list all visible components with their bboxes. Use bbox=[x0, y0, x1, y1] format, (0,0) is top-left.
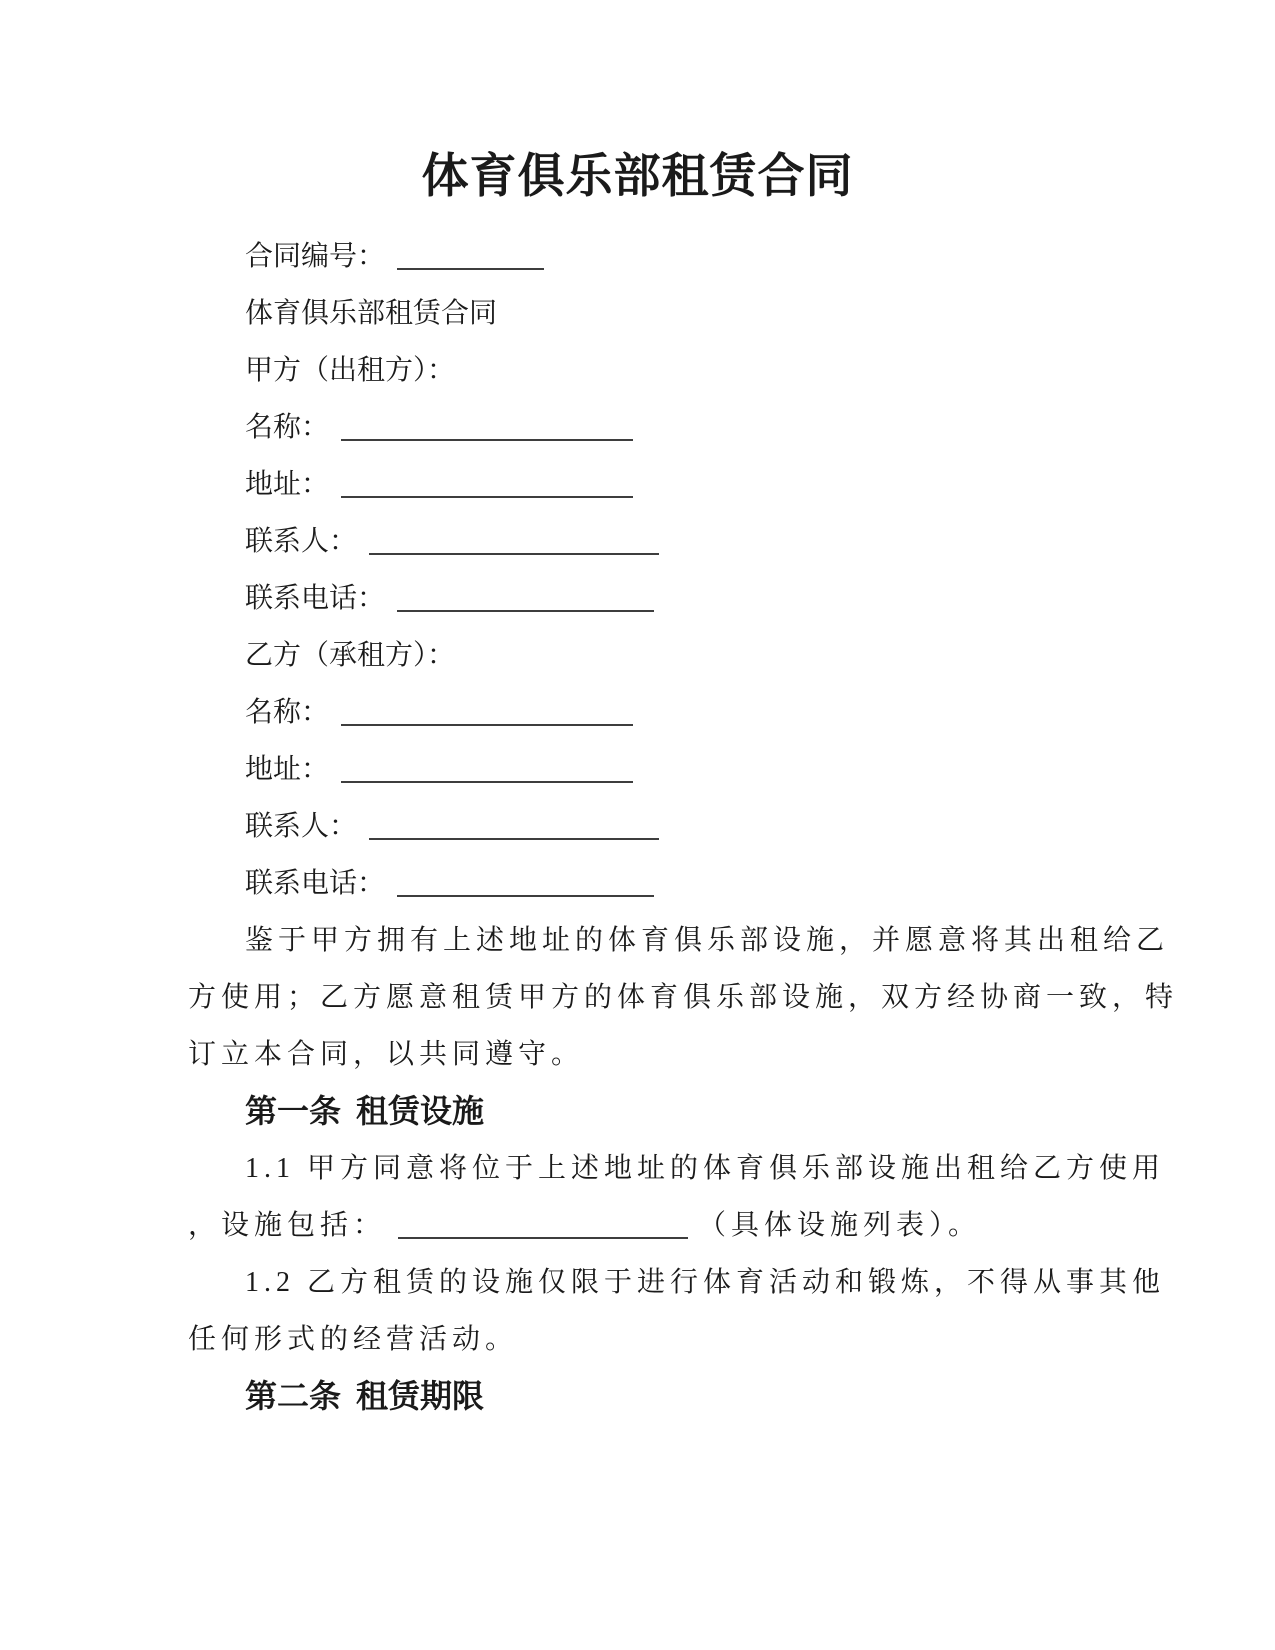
article-1-heading: 第一条租赁设施 bbox=[188, 1083, 1180, 1140]
party-a-address-line: 地址： bbox=[188, 456, 1180, 513]
party-b-address-label: 地址： bbox=[245, 754, 329, 785]
party-a-contact-line: 联系人： bbox=[188, 513, 1180, 570]
party-a-phone-label: 联系电话： bbox=[245, 583, 385, 614]
party-a-phone-line: 联系电话： bbox=[188, 570, 1180, 627]
document-title: 体育俱乐部租赁合同 bbox=[0, 140, 1275, 215]
document-page: 体育俱乐部租赁合同 合同编号： 体育俱乐部租赁合同 甲方（出租方）： 名称： 地… bbox=[0, 0, 1275, 1650]
article-2-heading: 第二条租赁期限 bbox=[188, 1368, 1180, 1425]
party-a-heading: 甲方（出租方）： bbox=[188, 342, 1180, 399]
document-body: 合同编号： 体育俱乐部租赁合同 甲方（出租方）： 名称： 地址： 联系人： 联系… bbox=[188, 228, 1180, 1425]
party-b-contact-line: 联系人： bbox=[188, 798, 1180, 855]
party-b-phone-blank bbox=[397, 875, 654, 897]
document-subtitle: 体育俱乐部租赁合同 bbox=[188, 285, 1180, 342]
party-b-name-label: 名称： bbox=[245, 697, 329, 728]
party-a-contact-label: 联系人： bbox=[245, 526, 357, 557]
party-b-heading: 乙方（承租方）： bbox=[188, 627, 1180, 684]
party-a-phone-blank bbox=[397, 590, 654, 612]
party-b-address-blank bbox=[341, 761, 633, 783]
article-1-title: 租赁设施 bbox=[356, 1093, 484, 1129]
party-b-phone-line: 联系电话： bbox=[188, 855, 1180, 912]
party-a-address-label: 地址： bbox=[245, 469, 329, 500]
party-b-contact-label: 联系人： bbox=[245, 811, 357, 842]
party-a-name-line: 名称： bbox=[188, 399, 1180, 456]
contract-number-blank bbox=[397, 248, 544, 270]
contract-number-label: 合同编号： bbox=[245, 241, 385, 272]
article-2-title: 租赁期限 bbox=[356, 1378, 484, 1414]
facility-list-blank bbox=[398, 1217, 688, 1239]
article-2-number: 第二条 bbox=[245, 1378, 341, 1414]
party-a-address-blank bbox=[341, 476, 633, 498]
clause-1-2-paragraph: 1.2 乙方租赁的设施仅限于进行体育活动和锻炼，不得从事其他任何形式的经营活动。 bbox=[188, 1254, 1180, 1368]
party-a-contact-blank bbox=[369, 533, 659, 555]
party-a-name-blank bbox=[341, 419, 633, 441]
party-b-address-line: 地址： bbox=[188, 741, 1180, 798]
party-b-contact-blank bbox=[369, 818, 659, 840]
preamble-paragraph: 鉴于甲方拥有上述地址的体育俱乐部设施，并愿意将其出租给乙方使用；乙方愿意租赁甲方… bbox=[188, 912, 1180, 1083]
contract-number-line: 合同编号： bbox=[188, 228, 1180, 285]
party-b-name-blank bbox=[341, 704, 633, 726]
clause-1-1-paragraph: 1.1 甲方同意将位于上述地址的体育俱乐部设施出租给乙方使用，设施包括：（具体设… bbox=[188, 1140, 1180, 1254]
party-a-name-label: 名称： bbox=[245, 412, 329, 443]
article-1-number: 第一条 bbox=[245, 1093, 341, 1129]
party-b-name-line: 名称： bbox=[188, 684, 1180, 741]
clause-1-1-suffix: （具体设施列表）。 bbox=[698, 1210, 981, 1241]
party-b-phone-label: 联系电话： bbox=[245, 868, 385, 899]
